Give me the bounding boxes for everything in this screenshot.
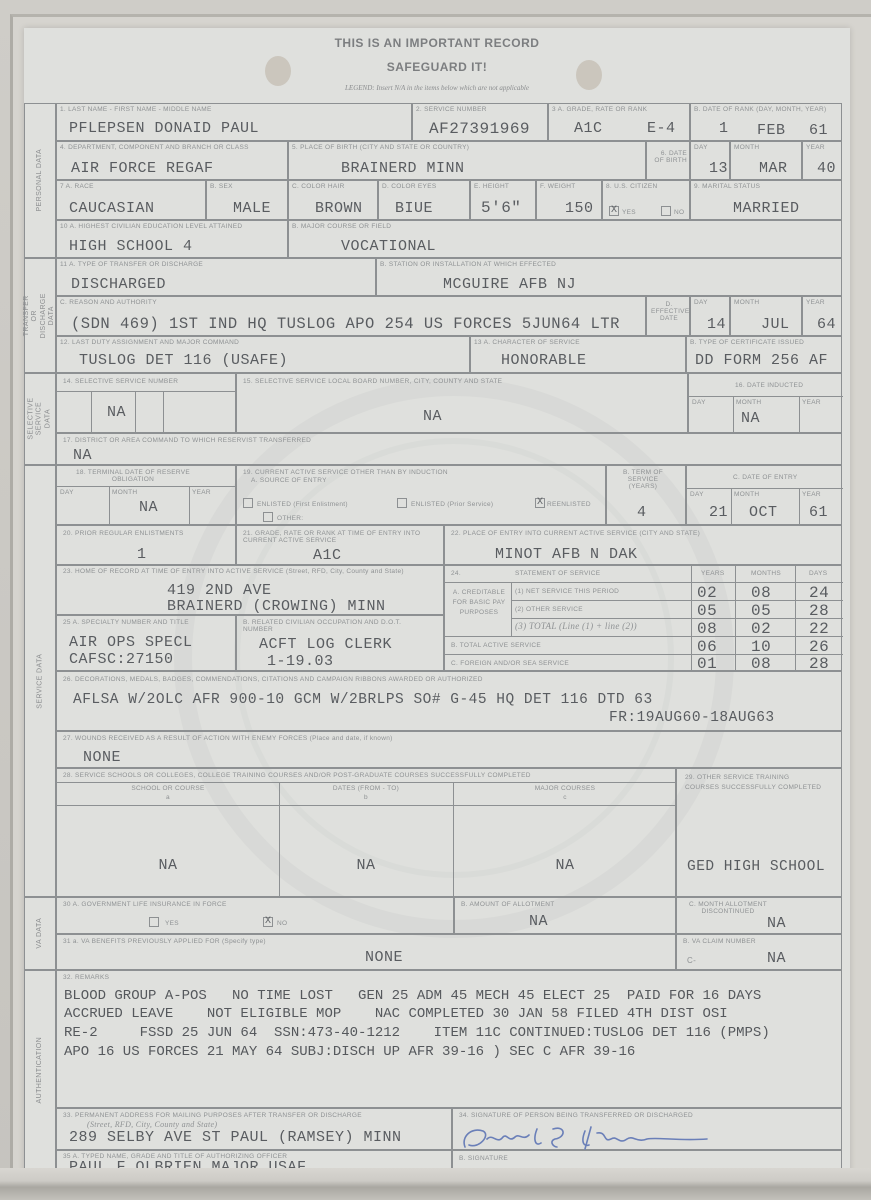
- field-certificate-type: b. TYPE OF CERTIFICATE ISSUED DD FORM 25…: [686, 336, 842, 373]
- section-transfer-data: TRANSFER OR DISCHARGE DATA: [24, 258, 56, 373]
- field-height: e. HEIGHT 5'6": [470, 180, 536, 220]
- field-service-schools: 28. SERVICE SCHOOLS OR COLLEGES, COLLEGE…: [56, 768, 676, 897]
- field-authorizing-officer: 35 a. TYPED NAME, GRADE AND TITLE OF AUT…: [56, 1150, 452, 1170]
- citizen-yes-checkbox[interactable]: X: [609, 206, 619, 216]
- remarks-line-1: BLOOD GROUP A-POS NO TIME LOST GEN 25 AD…: [64, 988, 761, 1004]
- field-other-training: 29. OTHER SERVICE TRAINING COURSES SUCCE…: [676, 768, 842, 897]
- header-line1: THIS IS AN IMPORTANT RECORD: [24, 36, 850, 50]
- field-officer-signature: b. SIGNATURE: [452, 1150, 842, 1170]
- field-major: b. MAJOR COURSE OR FIELD VOCATIONAL: [288, 220, 842, 258]
- field-grade-at-entry: 21. GRADE, RATE OR RANK AT TIME OF ENTRY…: [236, 525, 444, 565]
- field-dob-day: DAY 13: [690, 141, 730, 180]
- remarks-line-4: APO 16 US FORCES 21 MAY 64 SUBJ:DISCH UP…: [64, 1044, 635, 1060]
- field-life-insurance: 30 a. GOVERNMENT LIFE INSURANCE IN FORCE…: [56, 897, 454, 934]
- field-race: 7 a. RACE CAUCASIAN: [56, 180, 206, 220]
- field-character-of-service: 13 a. CHARACTER OF SERVICE HONORABLE: [470, 336, 686, 373]
- field-us-citizen: 8. U.S. CITIZEN X YES NO: [602, 180, 690, 220]
- insurance-no-checkbox[interactable]: X: [263, 917, 273, 927]
- insurance-yes-checkbox[interactable]: [149, 917, 159, 927]
- field-va-claim: b. VA CLAIM NUMBER C- NA: [676, 934, 842, 970]
- field-station: b. STATION OR INSTALLATION AT WHICH EFFE…: [376, 258, 842, 296]
- field-eyes: d. COLOR EYES BIUE: [378, 180, 470, 220]
- section-authentication: AUTHENTICATION: [24, 970, 56, 1170]
- field-decorations: 26. DECORATIONS, MEDALS, BADGES, COMMEND…: [56, 671, 842, 731]
- field-term-of-service: b. TERM OF SERVICE (Years) 4: [606, 465, 686, 525]
- field-hair: c. COLOR HAIR BROWN: [288, 180, 378, 220]
- field-allotment-discontinued: c. MONTH ALLOTMENT DISCONTINUED NA: [676, 897, 842, 934]
- field-effective-label: d. EFFECTIVE DATE: [646, 296, 690, 336]
- field-specialty: 25 a. SPECIALTY NUMBER AND TITLE AIR OPS…: [56, 615, 236, 671]
- field-current-active-service: 19. CURRENT ACTIVE SERVICE OTHER THAN BY…: [236, 465, 606, 525]
- field-dob-year: YEAR 40: [802, 141, 842, 180]
- field-va-benefits: 31 a. VA BENEFITS PREVIOUSLY APPLIED FOR…: [56, 934, 676, 970]
- section-selective-service: SELECTIVE SERVICE DATA: [24, 373, 56, 465]
- field-local-board: 15. SELECTIVE SERVICE LOCAL BOARD NUMBER…: [236, 373, 688, 433]
- reenlisted-checkbox[interactable]: X: [535, 498, 545, 508]
- field-allotment: b. AMOUNT OF ALLOTMENT NA: [454, 897, 676, 934]
- field-signature-person: 34. SIGNATURE OF PERSON BEING TRANSFERRE…: [452, 1108, 842, 1150]
- field-dob-label: 6. DATE OF BIRTH: [646, 141, 690, 180]
- remarks-line-3: RE-2 FSSD 25 JUN 64 SSN:473-40-1212 ITEM…: [64, 1025, 770, 1041]
- field-transfer-type: 11 a. TYPE OF TRANSFER OR DISCHARGE DISC…: [56, 258, 376, 296]
- frame-bottom-mat: [0, 1168, 871, 1200]
- field-weight: f. WEIGHT 150: [536, 180, 602, 220]
- enlisted-first-checkbox[interactable]: [243, 498, 253, 508]
- field-district: 17. DISTRICT OR AREA COMMAND TO WHICH RE…: [56, 433, 842, 465]
- field-date-of-entry: c. DATE OF ENTRY DAY MONTH YEAR 21 OCT 6…: [686, 465, 842, 525]
- field-date-inducted: 16. DATE INDUCTED DAY MONTH YEAR NA: [688, 373, 842, 433]
- field-prior-enlistments: 20. PRIOR REGULAR ENLISTMENTS 1: [56, 525, 236, 565]
- field-terminal-date: 18. TERMINAL DATE OF RESERVE OBLIGATION …: [56, 465, 236, 525]
- field-place-of-entry: 22. PLACE OF ENTRY INTO CURRENT ACTIVE S…: [444, 525, 842, 565]
- remarks-line-2: ACCRUED LEAVE NOT ELIGIBLE MOP NAC COMPL…: [64, 1006, 728, 1022]
- section-service-data: SERVICE DATA: [24, 465, 56, 897]
- section-va-data: VA DATA: [24, 897, 56, 970]
- field-effective-month: MONTH JUL: [730, 296, 802, 336]
- enlisted-prior-checkbox[interactable]: [397, 498, 407, 508]
- field-last-duty: 12. LAST DUTY ASSIGNMENT AND MAJOR COMMA…: [56, 336, 470, 373]
- field-education: 10 a. HIGHEST CIVILIAN EDUCATION LEVEL A…: [56, 220, 288, 258]
- field-sex: b. SEX MALE: [206, 180, 288, 220]
- field-marital-status: 9. MARITAL STATUS MARRIED: [690, 180, 842, 220]
- citizen-no-checkbox[interactable]: [661, 206, 671, 216]
- field-reason-authority: c. REASON AND AUTHORITY (SDN 469) 1ST IN…: [56, 296, 646, 336]
- field-permanent-address: 33. PERMANENT ADDRESS FOR MAILING PURPOS…: [56, 1108, 452, 1150]
- field-place-of-birth: 5. PLACE OF BIRTH (City and State or Cou…: [288, 141, 646, 180]
- field-service-number: 2. SERVICE NUMBER AF27391969: [412, 103, 548, 141]
- field-grade: 3 a. GRADE, RATE OR RANK A1C E-4: [548, 103, 690, 141]
- header-line2: SAFEGUARD IT!: [24, 60, 850, 74]
- field-effective-year: YEAR 64: [802, 296, 842, 336]
- field-wounds: 27. WOUNDS RECEIVED AS A RESULT OF ACTIO…: [56, 731, 842, 768]
- legend-text: LEGEND: Insert N/A in the items below wh…: [24, 84, 850, 92]
- field-selective-number: 14. SELECTIVE SERVICE NUMBER NA: [56, 373, 236, 433]
- field-department: 4. DEPARTMENT, COMPONENT AND BRANCH OR C…: [56, 141, 288, 180]
- field-effective-day: DAY 14: [690, 296, 730, 336]
- statement-of-service-table: 24. STATEMENT OF SERVICE YEARS MONTHS DA…: [444, 565, 842, 671]
- section-personal-data: PERSONAL DATA: [24, 103, 56, 258]
- field-dob-month: MONTH MAR: [730, 141, 802, 180]
- field-name: 1. LAST NAME - FIRST NAME - MIDDLE NAME …: [56, 103, 412, 141]
- field-home-of-record: 23. HOME OF RECORD AT TIME OF ENTRY INTO…: [56, 565, 444, 615]
- other-checkbox[interactable]: [263, 512, 273, 522]
- field-date-of-rank: b. DATE OF RANK (Day, Month, Year) 1 FEB…: [690, 103, 842, 141]
- field-civilian-occupation: b. RELATED CIVILIAN OCCUPATION AND D.O.T…: [236, 615, 444, 671]
